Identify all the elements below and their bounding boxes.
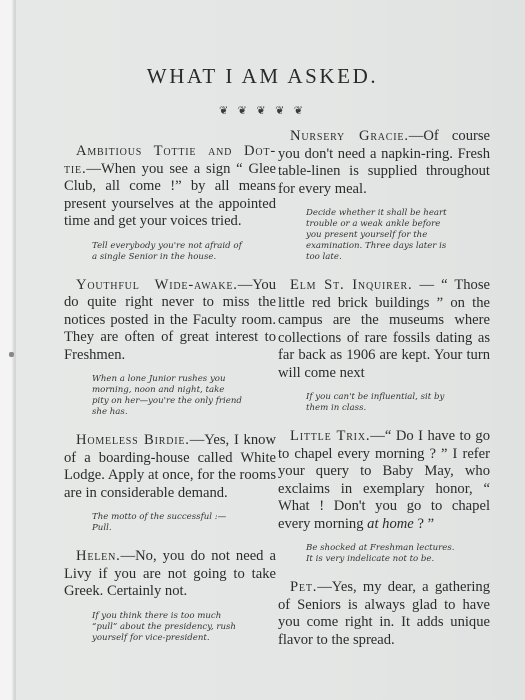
book-page: WHAT I AM ASKED. ❦ ❦ ❦ ❦ ❦ Ambitious Tot… — [0, 0, 525, 700]
entry-helen: Helen.—No, you do not need a Livy if you… — [64, 548, 276, 644]
entry-name: Helen. — [76, 548, 121, 564]
binding-mark — [9, 352, 14, 357]
entry-note: The motto of the successful :—Pull. — [92, 512, 242, 534]
entry-note: If you can't be influential, sit by them… — [306, 392, 456, 414]
entry-note: If you think there is too much “pull” ab… — [92, 611, 242, 644]
entry-youthful-wide-awake: Youthful Wide-awake.—You do quite right … — [64, 277, 276, 419]
entry-little-trix: Little Trix.—“ Do I have to go to chapel… — [278, 428, 490, 565]
entry-name: Little Trix. — [290, 428, 370, 444]
entry-name: Elm St. Inquirer. — [290, 277, 412, 293]
entry-name: Homeless Birdie. — [76, 432, 190, 448]
entry-note: Decide whether it shall be heart trouble… — [306, 208, 456, 263]
entry-name: Pet. — [290, 579, 317, 595]
entry-ambitious-tottie: Ambitious Tottie and Dot-tie.—When you s… — [64, 143, 276, 263]
entry-note: When a lone Junior rushes you morning, n… — [92, 374, 242, 418]
entry-nursery-gracie: Nursery Gracie.—Of course you don't need… — [278, 128, 490, 263]
entry-body-emphasis: at home — [367, 516, 414, 532]
ornament-divider: ❦ ❦ ❦ ❦ ❦ — [0, 104, 525, 117]
page-title: WHAT I AM ASKED. — [0, 64, 525, 89]
entry-elm-st-inquirer: Elm St. Inquirer. — “ Those little red b… — [278, 277, 490, 414]
entry-homeless-birdie: Homeless Birdie.—Yes, I know of a boardi… — [64, 432, 276, 534]
entry-note: Tell everybody you're not afraid of a si… — [92, 241, 242, 263]
entry-name: Nursery Gracie. — [290, 128, 409, 144]
entry-pet: Pet.—Yes, my dear, a gathering of Senior… — [278, 579, 490, 649]
right-column: Nursery Gracie.—Of course you don't need… — [278, 128, 490, 663]
entry-body-end: ? ” — [414, 516, 434, 532]
entry-body: —When you see a sign “ Glee Club, all co… — [64, 161, 276, 230]
left-column: Ambitious Tottie and Dot-tie.—When you s… — [64, 143, 276, 658]
entry-note: Be shocked at Freshman lectures. It is v… — [306, 543, 456, 565]
entry-name: Youthful Wide-awake. — [76, 277, 238, 293]
